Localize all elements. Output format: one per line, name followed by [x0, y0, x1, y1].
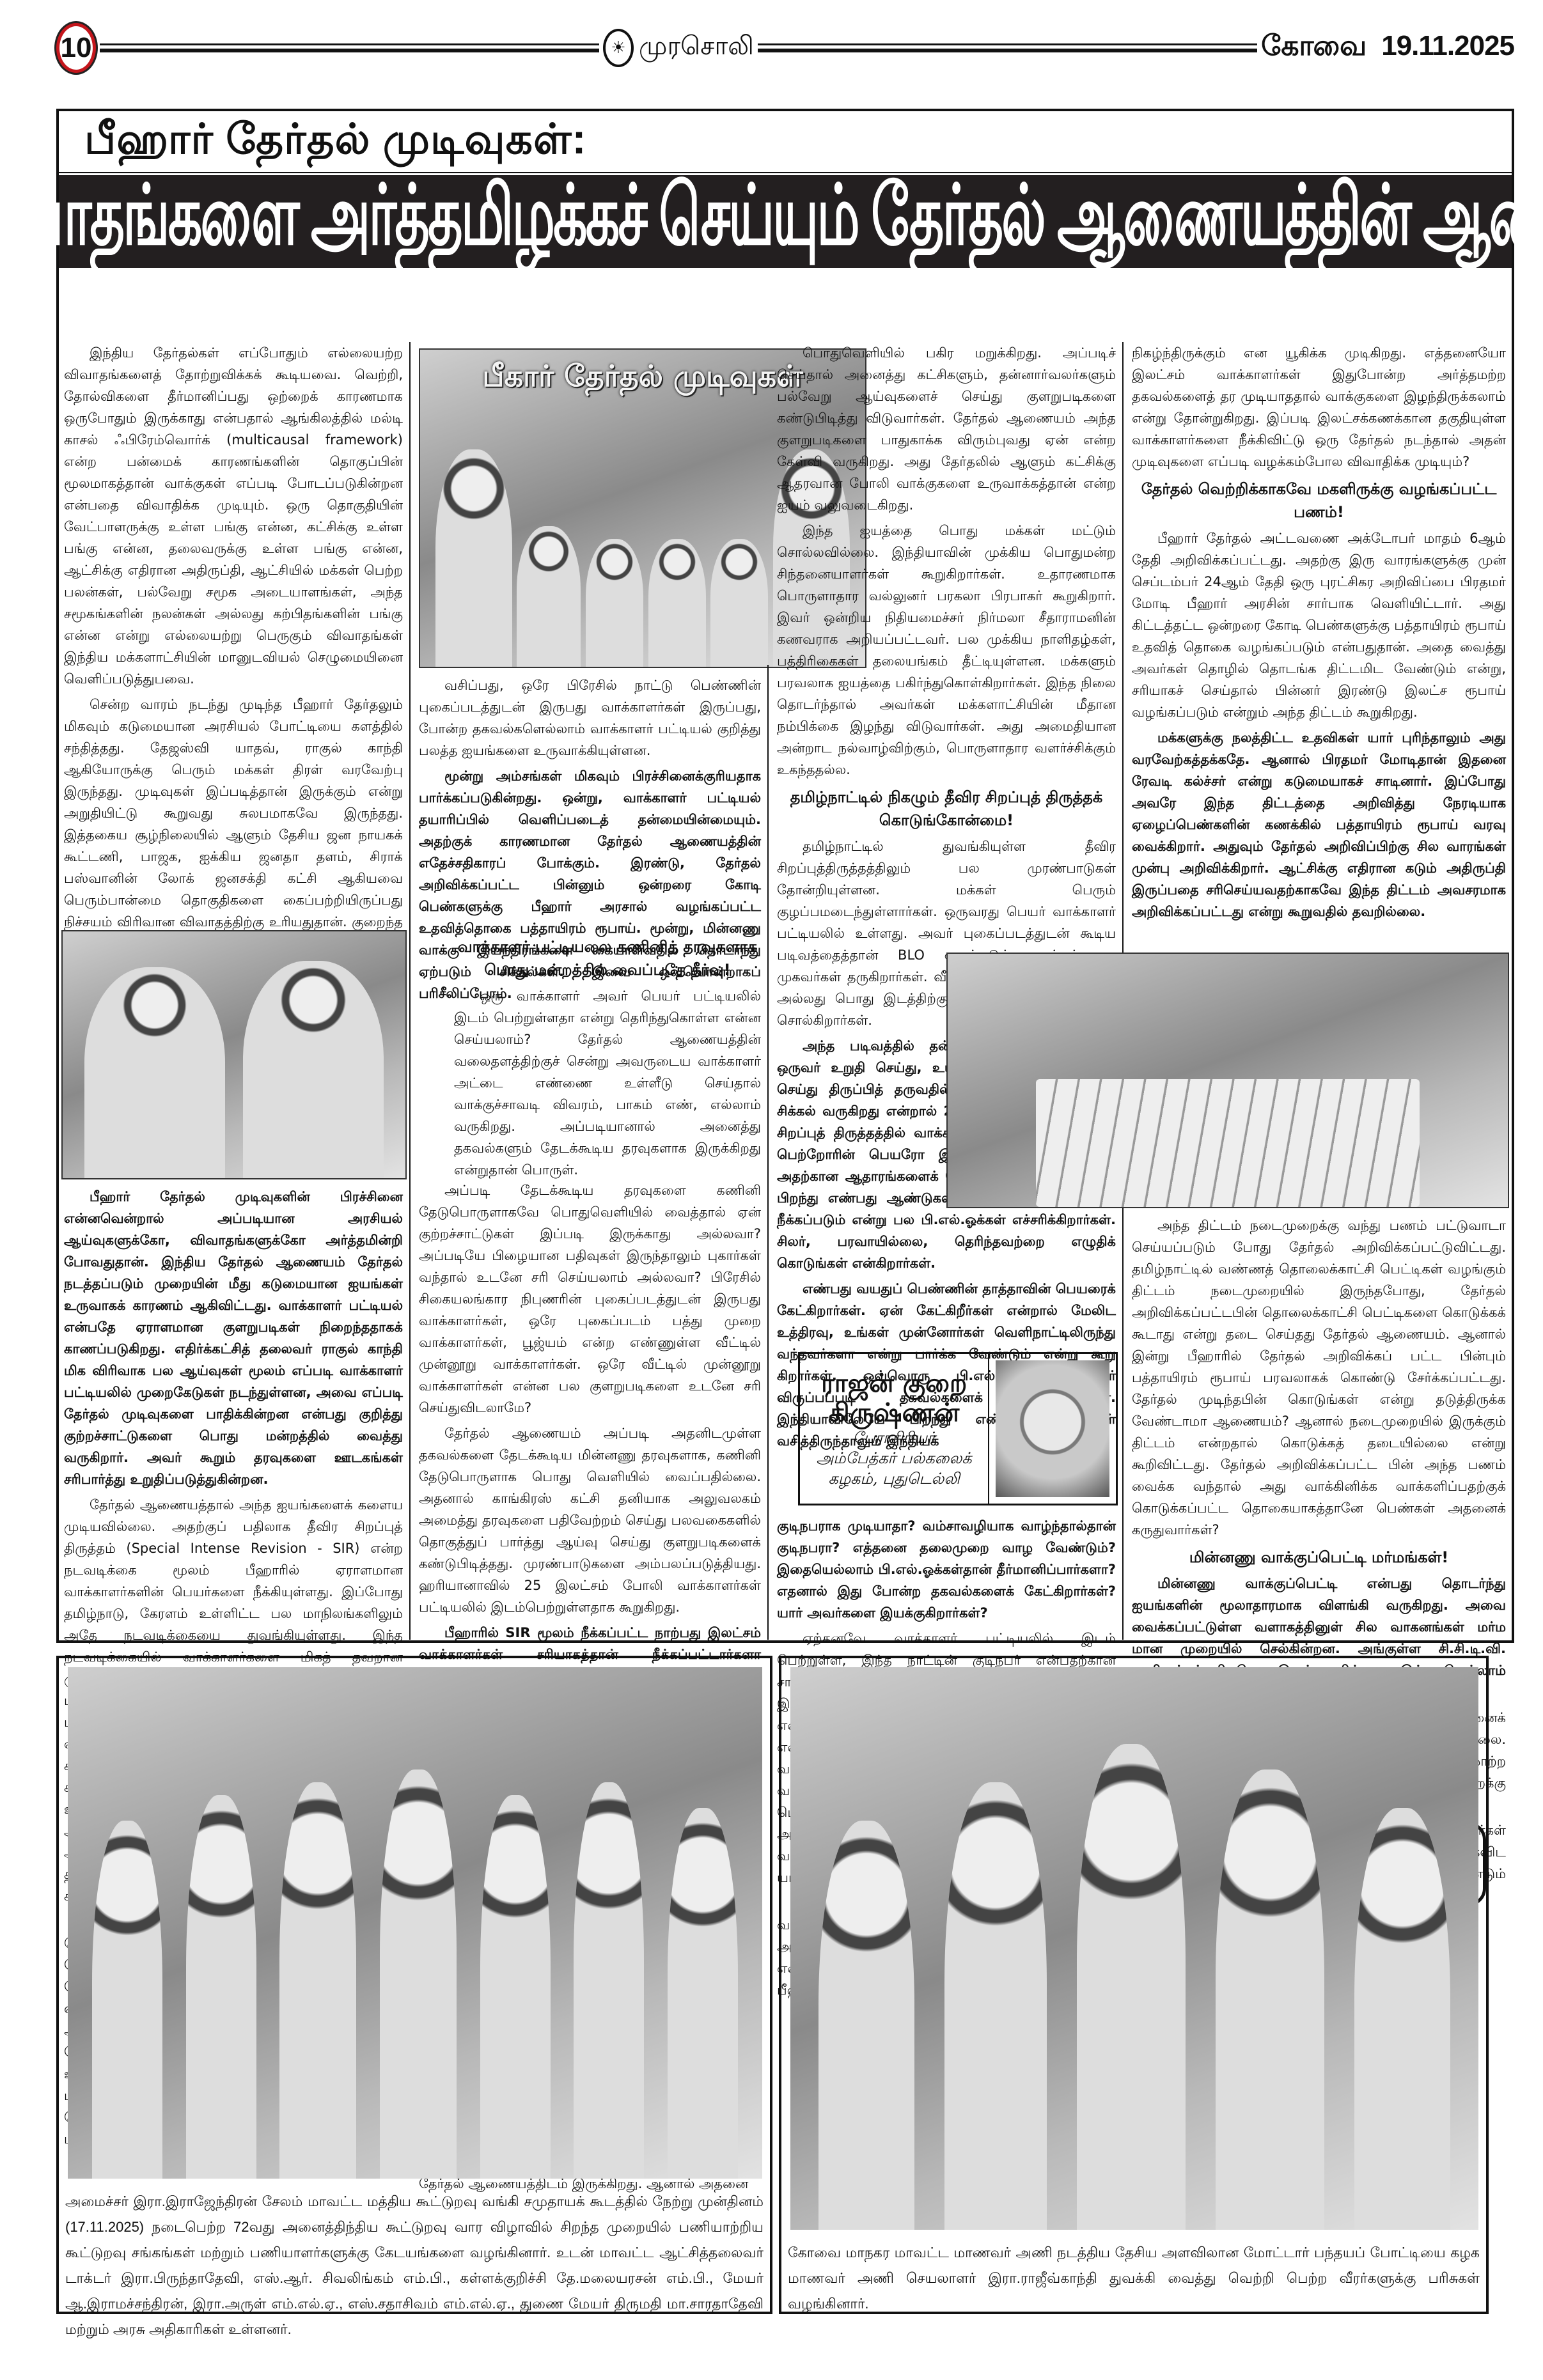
page-number: 10 [56, 23, 96, 73]
column-3: பொதுவெளியில் பகிர மறுக்கிறது. அப்படிச் ச… [777, 342, 1116, 1456]
paragraph: நிகழ்ந்திருக்கும் என யூகிக்க முடிகிறது. … [1132, 342, 1506, 472]
paragraph: இந்த ஐயத்தை பொது மக்கள் மட்டும் சொல்லவில… [777, 520, 1116, 781]
voter-forms-photo [946, 953, 1509, 1208]
article-kicker: பீஹார் தேர்தல் முடிவுகள்: [84, 114, 586, 169]
paragraph: வசிப்பது, ஒரே பிரேசில் நாட்டு பெண்ணின் ப… [419, 674, 761, 761]
author-role: பேராசிரியர் [853, 1427, 936, 1448]
photo-caption: கோவை மாநகர மாவட்ட மாணவர் அணி நடத்திய தேச… [788, 2240, 1480, 2317]
article-headline: அரசியல் விவாதங்களை அர்த்தமிழக்கச் செய்யு… [0, 167, 1543, 276]
author-affiliation: அம்பேத்கர் பல்கலைக் கழகம், புதுடெல்லி [800, 1448, 988, 1489]
motor-race-photo-box: கோவை மாநகர மாவட்ட மாணவர் அணி நடத்திய தேச… [779, 1656, 1489, 2314]
photo-caption: அமைச்சர் இரா.இராஜேந்திரன் சேலம் மாவட்ட ம… [65, 2189, 764, 2342]
subheading: வாக்காளர் பட்டியலை கணினித் தரவுகளாக பொது… [454, 935, 761, 981]
paragraph: ஒரு வாக்காளர் அவர் பெயர் பட்டியலில் இடம்… [454, 985, 761, 1181]
issue-date: 19.11.2025 [1381, 30, 1514, 61]
author-name: ராஜன் குறை கிருஷ்ணன் [800, 1369, 988, 1427]
subheading: மின்னணு வாக்குப்பெட்டி மர்மங்கள்! [1132, 1546, 1506, 1569]
column-divider [409, 342, 411, 1640]
paragraph: இந்திய தேர்தல்கள் எப்போதும் எல்லையற்ற வி… [64, 342, 403, 690]
paragraph-bold: மக்களுக்கு நலத்திட்ட உதவிகள் யார் புரிந்… [1132, 727, 1506, 922]
rising-sun-emblem-icon: ☀ [603, 29, 634, 67]
paragraph: பீஹார் தேர்தல் அட்டவணை அக்டோபர் மாதம் 6ஆ… [1132, 527, 1506, 723]
author-info: ராஜன் குறை கிருஷ்ணன் பேராசிரியர் அம்பேத்… [800, 1354, 989, 1504]
column-4: நிகழ்ந்திருக்கும் என யூகிக்க முடிகிறது. … [1132, 342, 1506, 926]
paragraph: பொதுவெளியில் பகிர மறுக்கிறது. அப்படிச் ச… [777, 342, 1116, 516]
masthead-rule-right [758, 43, 1257, 52]
dateline: கோவை19.11.2025 [1261, 30, 1514, 66]
paragraph: அந்த திட்டம் நடைமுறைக்கு வந்து பணம் பட்ட… [1132, 1215, 1506, 1541]
paper-name: முரசொலி [639, 32, 754, 64]
column-divider [767, 665, 769, 1640]
modi-and-woman-photo [61, 930, 407, 1179]
subheading: தேர்தல் வெற்றிக்காகவே மகளிருக்கு வழங்கப்… [1132, 478, 1506, 524]
author-photo [996, 1360, 1109, 1497]
edition: கோவை [1261, 30, 1366, 61]
cooperative-event-photo-box: அமைச்சர் இரா.இராஜேந்திரன் சேலம் மாவட்ட ம… [56, 1656, 772, 2314]
paragraph-bold: குடிநபராக முடியாதா? வம்சாவழியாக வாழ்ந்தா… [777, 1515, 1116, 1624]
author-box: ராஜன் குறை கிருஷ்ணன் பேராசிரியர் அம்பேத்… [798, 1352, 1118, 1505]
paragraph: தேர்தல் ஆணையம் அப்படி அதனிடமுள்ள தகவல்கள… [419, 1422, 761, 1618]
subheading: தமிழ்நாட்டில் நிகழும் தீவிர சிறப்புத் தி… [777, 786, 1116, 832]
motor-race-prize-photo [790, 1667, 1478, 2230]
kicker-box: பீஹார் தேர்தல் முடிவுகள்: [59, 111, 1512, 173]
paper-logo: ☀ முரசொலி [603, 29, 754, 67]
cooperative-event-photo [68, 1667, 762, 2179]
paragraph-bold: பீஹார் தேர்தல் முடிவுகளின் பிரச்சினை என்… [64, 1186, 403, 1490]
masthead: 10 ☀ முரசொலி கோவை19.11.2025 [56, 26, 1514, 70]
column-2-subsection: வாக்காளர் பட்டியலை கணினித் தரவுகளாக பொது… [454, 930, 761, 1185]
masthead-rule-left [100, 43, 599, 52]
paragraph: அப்படி தேடக்கூடிய தரவுகளை கணினி தேடுபொரு… [419, 1179, 761, 1419]
headline-banner: அரசியல் விவாதங்களை அர்த்தமிழக்கச் செய்யு… [59, 175, 1512, 268]
